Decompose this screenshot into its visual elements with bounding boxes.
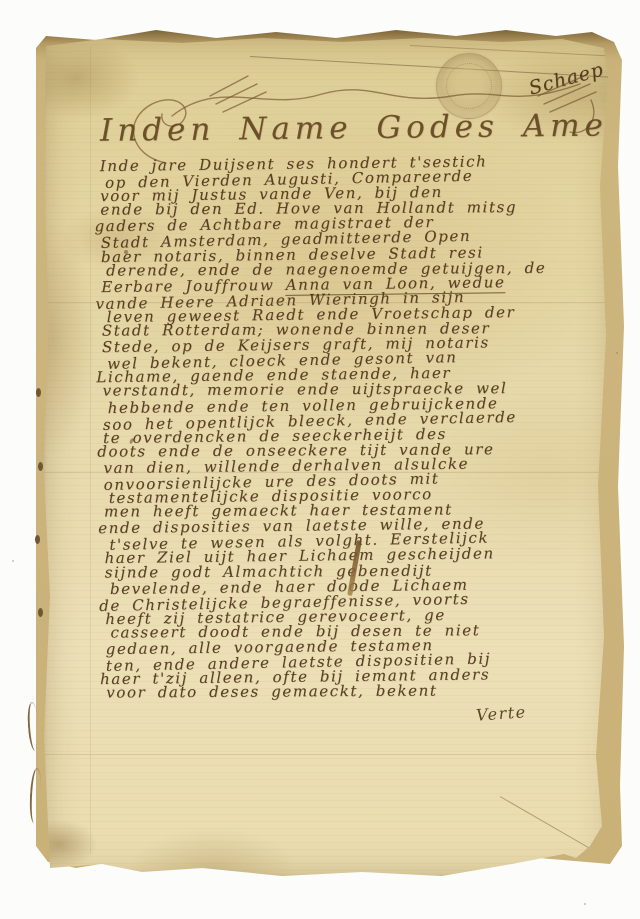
binding-thread (38, 608, 43, 617)
crease-line (90, 46, 91, 854)
manuscript-heading: Inden Name Godes Amen (100, 107, 633, 149)
crease-line (42, 302, 614, 303)
manuscript-line: casseert doodt ende bij desen te niet (110, 622, 617, 640)
manuscript-line: doots ende de onseeckere tijt vande ure (97, 441, 615, 459)
manuscript-line: derende, ende de naegenoemde getuijgen, … (106, 260, 613, 278)
scan-speck (12, 560, 14, 562)
scanned-manuscript: Schaep Inden Name Godes Amen Inde jare D… (0, 0, 640, 919)
catchword: Verte (475, 702, 527, 724)
manuscript-line: voor dato deses gemaeckt, bekent (106, 683, 618, 701)
crease-line (42, 754, 614, 755)
manuscript-text: Inde jare Duijsent ses hondert t'sestich… (100, 153, 619, 703)
binding-thread (38, 462, 43, 471)
ink-speck (124, 250, 128, 254)
crease-line (42, 472, 614, 473)
manuscript-line: sijnde godt Almachtich gebenedijt (105, 562, 617, 580)
binding-thread (36, 388, 41, 397)
manuscript-line: Stadt Rotterdam; wonende binnen deser (102, 320, 614, 338)
scan-speck (616, 352, 618, 354)
crease-line (500, 796, 597, 853)
scan-speck (584, 903, 586, 905)
manuscript-page: Schaep Inden Name Godes Amen Inde jare D… (42, 36, 614, 878)
binding-thread (35, 535, 40, 544)
sheet-edge-line (410, 45, 616, 57)
